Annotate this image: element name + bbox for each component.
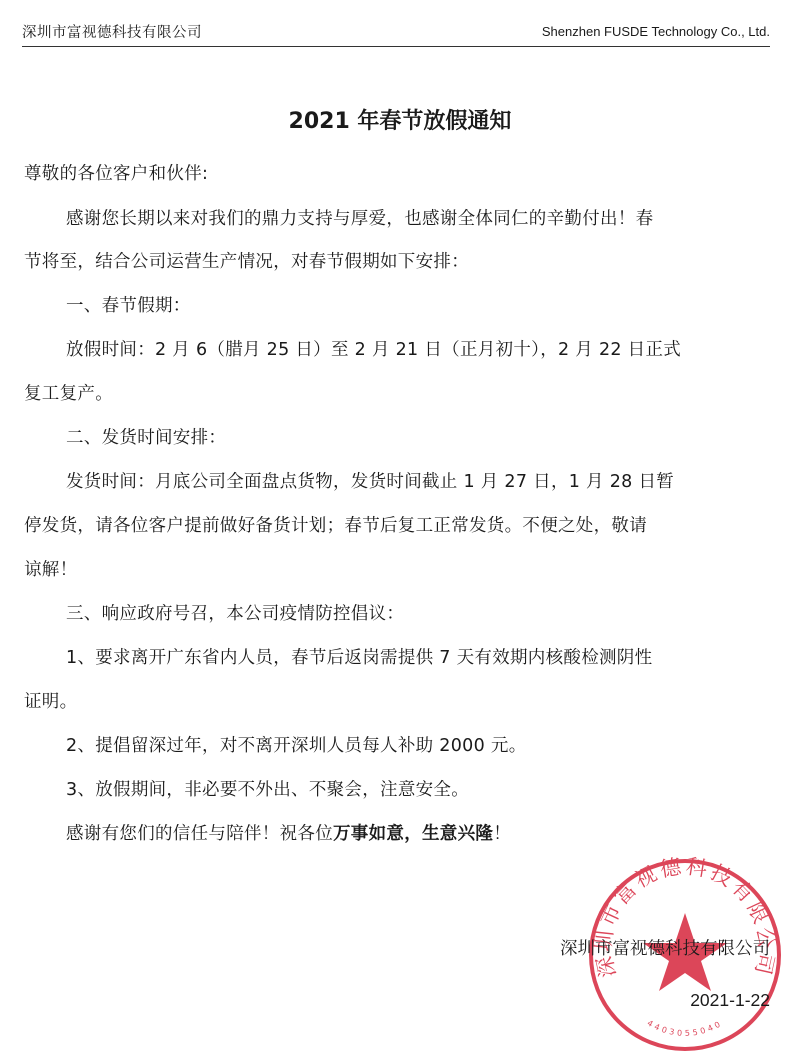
- section-2-line-2: 停发货，请各位客户提前做好备货计划；春节后复工正常发货。不便之处，敬请: [24, 512, 647, 537]
- notice-title: 2021 年春节放假通知: [0, 104, 800, 135]
- intro-line-1: 感谢您长期以来对我们的鼎力支持与厚爱，也感谢全体同仁的辛勤付出！春: [66, 205, 653, 230]
- section-3-item-1-line-1: 1、要求离开广东省内人员，春节后返岗需提供 7 天有效期内核酸检测阴性: [66, 644, 652, 669]
- section-2-heading: 二、发货时间安排：: [66, 424, 226, 449]
- section-3-item-2: 2、提倡留深过年，对不离开深圳人员每人补助 2000 元。: [66, 732, 527, 757]
- section-2-line-1: 发货时间：月底公司全面盘点货物，发货时间截止 1 月 27 日，1 月 28 日…: [66, 468, 674, 493]
- section-3-item-3: 3、放假期间，非必要不外出、不聚会，注意安全。: [66, 776, 469, 801]
- letterhead-company-cn: 深圳市富视德科技有限公司: [22, 21, 202, 42]
- section-1-heading: 一、春节假期：: [66, 292, 191, 317]
- section-2-line-3: 谅解！: [24, 556, 77, 581]
- svg-text:4403055040: 4403055040: [646, 1018, 725, 1037]
- svg-text:深圳市富视德科技有限公司: 深圳市富视德科技有限公司: [591, 855, 778, 980]
- greeting: 尊敬的各位客户和伙伴:: [24, 160, 208, 185]
- intro-line-2: 节将至，结合公司运营生产情况，对春节假期如下安排：: [24, 248, 469, 273]
- section-3-item-1-line-2: 证明。: [24, 688, 77, 713]
- section-1-line-2: 复工复产。: [24, 380, 113, 405]
- closing-wishes: 万事如意，生意兴隆: [333, 824, 493, 844]
- letterhead-company-en: Shenzhen FUSDE Technology Co., Ltd.: [542, 24, 770, 39]
- section-1-line-1: 放假时间：2 月 6（腊月 25 日）至 2 月 21 日（正月初十），2 月 …: [66, 336, 681, 361]
- signature-company: 深圳市富视德科技有限公司: [560, 935, 770, 960]
- section-3-heading: 三、响应政府号召，本公司疫情防控倡议：: [66, 600, 404, 625]
- signature-date: 2021-1-22: [690, 990, 770, 1011]
- closing-prefix: 感谢有您们的信任与陪伴！祝各位: [66, 824, 333, 844]
- closing-suffix: ！: [493, 824, 511, 844]
- letterhead: 深圳市富视德科技有限公司 Shenzhen FUSDE Technology C…: [22, 18, 770, 47]
- closing-line: 感谢有您们的信任与陪伴！祝各位万事如意，生意兴隆！: [66, 820, 511, 845]
